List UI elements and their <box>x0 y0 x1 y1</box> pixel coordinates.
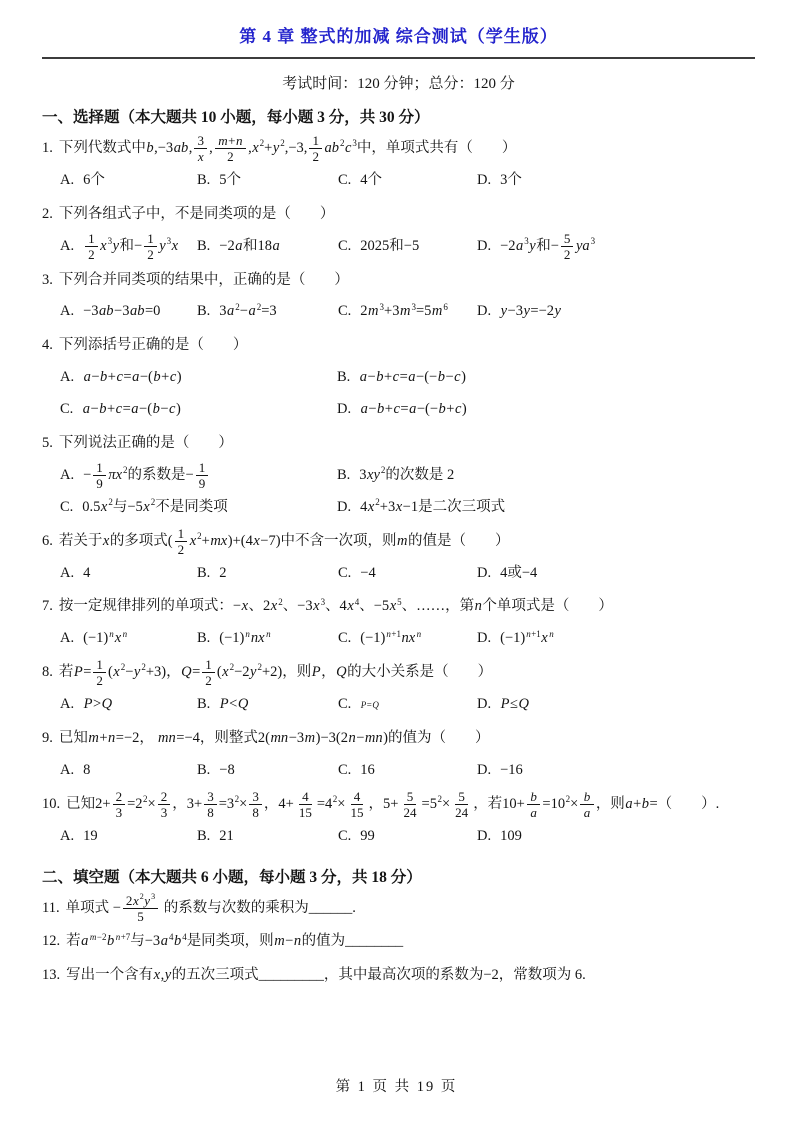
option-b: B.3a2−a2=3 <box>197 296 338 328</box>
option-b: B.21 <box>197 821 338 853</box>
option-label: C. <box>60 499 73 515</box>
question-stem: 8.若P=12(x2−y2+3)，Q=12(x2−2y2+2)，则P，Q的大小关… <box>42 657 755 689</box>
fraction: 52 <box>561 231 574 262</box>
fraction: 12 <box>85 231 98 262</box>
fraction: 12 <box>309 133 322 164</box>
question-stem: 13.写出一个含有x,y的五次三项式_________，其中最高次项的系数为−2… <box>42 960 755 992</box>
option-label: B. <box>197 762 210 778</box>
option-text: 5个 <box>219 172 241 188</box>
question-stem: 10.已知2+23=22×23，3+38=32×38，4+415=42×415，… <box>42 789 755 821</box>
fraction: 12 <box>175 526 188 557</box>
option-b: B.2 <box>197 558 338 590</box>
question-stem: 5.下列说法正确的是（ ） <box>42 428 755 460</box>
exam-body: 一、选择题（本大题共 10 小题，每小题 3 分，共 30 分）1.下列代数式中… <box>42 105 755 992</box>
fraction: 38 <box>204 789 217 820</box>
option-a: A.6个 <box>60 165 197 197</box>
fraction: 23 <box>113 789 126 820</box>
option-label: C. <box>338 630 351 646</box>
option-label: D. <box>477 303 491 319</box>
option-text: 4 <box>83 565 90 581</box>
option-d: D.−2a3y和−52ya3 <box>477 231 755 263</box>
option-b: B.5个 <box>197 165 338 197</box>
option-text: 19 <box>83 828 98 844</box>
option-label: B. <box>197 238 210 254</box>
option-text: 0.5x2与−5x2不是同类项 <box>82 499 227 515</box>
question-number: 13. <box>42 967 60 983</box>
option-text: 99 <box>360 828 375 844</box>
option-label: C. <box>60 401 73 417</box>
fraction: 524 <box>452 789 471 820</box>
option-label: B. <box>197 696 210 712</box>
question-stem: 6.若关于x的多项式(12x2+mx)+(4x−7)中不含一次项，则m的值是（ … <box>42 526 755 558</box>
option-text: 21 <box>219 828 234 844</box>
option-text: (−1)n+1nxn <box>360 630 421 646</box>
option-label: B. <box>197 565 210 581</box>
section-heading: 一、选择题（本大题共 10 小题，每小题 3 分，共 30 分） <box>42 105 755 127</box>
option-text: a−b+c=a−(−b−c) <box>359 369 466 385</box>
option-label: D. <box>337 499 351 515</box>
option-text: −16 <box>500 762 523 778</box>
options-row: A.a−b+c=a−(b+c)B.a−b+c=a−(−b−c)C.a−b+c=a… <box>60 362 755 426</box>
question-number: 4. <box>42 337 53 353</box>
option-label: A. <box>60 238 74 254</box>
option-label: C. <box>338 238 351 254</box>
option-label: B. <box>197 630 210 646</box>
option-text: −4 <box>360 565 375 581</box>
option-b: B.a−b+c=a−(−b−c) <box>337 362 755 394</box>
option-a: A.a−b+c=a−(b+c) <box>60 362 337 394</box>
option-label: B. <box>197 303 210 319</box>
option-text: 16 <box>360 762 375 778</box>
option-d: D.4x2+3x−1是二次三项式 <box>337 492 755 524</box>
option-label: C. <box>338 696 351 712</box>
fraction: ba <box>527 789 541 820</box>
fraction: 23 <box>158 789 171 820</box>
question-number: 3. <box>42 272 53 288</box>
question-1: 1.下列代数式中b,−3ab,3x,m+n2,x2+y2,−3,12ab2c3中… <box>42 133 755 197</box>
option-label: D. <box>477 696 491 712</box>
fraction: 12 <box>144 231 157 262</box>
option-text: (−1)nnxn <box>219 630 271 646</box>
option-d: D.4或−4 <box>477 558 755 590</box>
question-stem: 3.下列合并同类项的结果中，正确的是（ ） <box>42 265 755 297</box>
question-stem: 9.已知m+n=−2， mn=−4，则整式2(mn−3m)−3(2n−mn)的值… <box>42 723 755 755</box>
option-text: P≤Q <box>500 696 529 712</box>
option-text: −3ab−3ab=0 <box>83 303 160 319</box>
question-number: 7. <box>42 598 53 614</box>
option-c: C.2m3+3m3=5m6 <box>338 296 477 328</box>
option-label: A. <box>60 696 74 712</box>
options-row: A.19B.21C.99D.109 <box>60 821 755 853</box>
question-number: 9. <box>42 730 53 746</box>
option-text: 109 <box>500 828 522 844</box>
fraction: 19 <box>93 460 106 491</box>
option-text: a−b+c=a−(b−c) <box>82 401 180 417</box>
question-number: 2. <box>42 206 53 222</box>
option-label: B. <box>197 172 210 188</box>
question-12: 12.若am−2bn+7与−3a4b4是同类项，则m−n的值为________ <box>42 926 755 958</box>
option-c: C.a−b+c=a−(b−c) <box>60 394 337 426</box>
option-text: 2025和−5 <box>360 238 419 254</box>
option-text: 3a2−a2=3 <box>219 303 276 319</box>
fraction: 12 <box>202 657 215 688</box>
fraction: ba <box>580 789 594 820</box>
fraction: 12 <box>93 657 106 688</box>
option-label: C. <box>338 172 351 188</box>
question-6: 6.若关于x的多项式(12x2+mx)+(4x−7)中不含一次项，则m的值是（ … <box>42 526 755 590</box>
question-stem: 7.按一定规律排列的单项式：−x、2x2、−3x3、4x4、−5x5、……，第n… <box>42 591 755 623</box>
option-c: C.P=Q <box>338 689 477 721</box>
option-label: A. <box>60 172 74 188</box>
question-number: 11. <box>42 900 60 916</box>
option-label: B. <box>337 369 350 385</box>
option-c: C.(−1)n+1nxn <box>338 623 477 655</box>
options-row: A.8B.−8C.16D.−16 <box>60 755 755 787</box>
option-a: A.−3ab−3ab=0 <box>60 296 197 328</box>
option-label: A. <box>60 303 74 319</box>
option-label: C. <box>338 828 351 844</box>
option-b: B.−8 <box>197 755 338 787</box>
option-label: A. <box>60 467 74 483</box>
question-5: 5.下列说法正确的是（ ）A.−19πx2的系数是−19B.3xy2的次数是 2… <box>42 428 755 524</box>
option-text: −19πx2的系数是−19 <box>83 467 210 483</box>
option-b: B.P<Q <box>197 689 338 721</box>
question-number: 10. <box>42 796 60 812</box>
option-text: −8 <box>219 762 234 778</box>
option-text: 4或−4 <box>500 565 537 581</box>
question-3: 3.下列合并同类项的结果中，正确的是（ ）A.−3ab−3ab=0B.3a2−a… <box>42 265 755 329</box>
option-b: B.(−1)nnxn <box>197 623 338 655</box>
option-a: A.8 <box>60 755 197 787</box>
option-text: 4个 <box>360 172 382 188</box>
option-d: D.3个 <box>477 165 755 197</box>
option-b: B.−2a和18a <box>197 231 338 263</box>
option-text: 8 <box>83 762 90 778</box>
option-label: C. <box>338 762 351 778</box>
option-text: 2 <box>219 565 226 581</box>
fraction: 2x2y35 <box>123 893 158 924</box>
option-text: 4x2+3x−1是二次三项式 <box>360 499 505 515</box>
option-label: D. <box>477 630 491 646</box>
option-label: D. <box>477 565 491 581</box>
option-label: A. <box>60 630 74 646</box>
options-row: A.(−1)nxnB.(−1)nnxnC.(−1)n+1nxnD.(−1)n+1… <box>60 623 755 655</box>
option-label: A. <box>60 828 74 844</box>
question-stem: 2.下列各组式子中，不是同类项的是（ ） <box>42 199 755 231</box>
option-text: 12x3y和−12y3x <box>83 238 179 254</box>
option-d: D.a−b+c=a−(−b+c) <box>337 394 755 426</box>
option-label: A. <box>60 565 74 581</box>
option-c: C.0.5x2与−5x2不是同类项 <box>60 492 337 524</box>
option-a: A.(−1)nxn <box>60 623 197 655</box>
fraction: 415 <box>347 789 366 820</box>
question-number: 12. <box>42 933 60 949</box>
option-label: D. <box>337 401 351 417</box>
options-row: A.4B.2C.−4D.4或−4 <box>60 558 755 590</box>
fraction: 524 <box>400 789 419 820</box>
title-divider <box>42 57 755 59</box>
question-number: 1. <box>42 140 53 156</box>
fraction: 38 <box>249 789 262 820</box>
option-a: A.19 <box>60 821 197 853</box>
question-13: 13.写出一个含有x,y的五次三项式_________，其中最高次项的系数为−2… <box>42 960 755 992</box>
option-text: P<Q <box>219 696 249 712</box>
option-c: C.99 <box>338 821 477 853</box>
question-stem: 11.单项式 −2x2y35 的系数与次数的乘积为______. <box>42 893 755 925</box>
option-a: A.P>Q <box>60 689 197 721</box>
option-text: −2a3y和−52ya3 <box>500 238 595 254</box>
options-row: A.12x3y和−12y3xB.−2a和18aC.2025和−5D.−2a3y和… <box>60 231 755 263</box>
option-c: C.4个 <box>338 165 477 197</box>
option-c: C.2025和−5 <box>338 231 477 263</box>
option-label: C. <box>338 565 351 581</box>
option-label: D. <box>477 172 491 188</box>
option-label: D. <box>477 762 491 778</box>
option-label: D. <box>477 238 491 254</box>
option-d: D.(−1)n+1xn <box>477 623 755 655</box>
options-row: A.−19πx2的系数是−19B.3xy2的次数是 2C.0.5x2与−5x2不… <box>60 460 755 524</box>
option-text: a−b+c=a−(b+c) <box>83 369 181 385</box>
option-c: C.16 <box>338 755 477 787</box>
fraction: 3x <box>194 133 207 164</box>
option-text: P=Q <box>360 700 379 710</box>
option-d: D.−16 <box>477 755 755 787</box>
option-text: a−b+c=a−(−b+c) <box>360 401 467 417</box>
question-8: 8.若P=12(x2−y2+3)，Q=12(x2−2y2+2)，则P，Q的大小关… <box>42 657 755 721</box>
section-heading: 二、填空题（本大题共 6 小题，每小题 3 分，共 18 分） <box>42 865 755 887</box>
question-9: 9.已知m+n=−2， mn=−4，则整式2(mn−3m)−3(2n−mn)的值… <box>42 723 755 787</box>
question-number: 6. <box>42 533 53 549</box>
page-title: 第 4 章 整式的加减 综合测试（学生版） <box>42 22 755 47</box>
option-label: B. <box>197 828 210 844</box>
option-text: 3个 <box>500 172 522 188</box>
question-stem: 12.若am−2bn+7与−3a4b4是同类项，则m−n的值为________ <box>42 926 755 958</box>
fraction: m+n2 <box>215 133 246 164</box>
option-text: (−1)nxn <box>83 630 128 646</box>
question-stem: 1.下列代数式中b,−3ab,3x,m+n2,x2+y2,−3,12ab2c3中… <box>42 133 755 165</box>
option-text: 3xy2的次数是 2 <box>359 467 454 483</box>
page-footer: 第 1 页 共 19 页 <box>0 1075 793 1096</box>
option-text: (−1)n+1xn <box>500 630 554 646</box>
option-text: P>Q <box>83 696 113 712</box>
option-d: D.109 <box>477 821 755 853</box>
question-2: 2.下列各组式子中，不是同类项的是（ ）A.12x3y和−12y3xB.−2a和… <box>42 199 755 263</box>
question-stem: 4.下列添括号正确的是（ ） <box>42 330 755 362</box>
option-text: 6个 <box>83 172 105 188</box>
question-10: 10.已知2+23=22×23，3+38=32×38，4+415=42×415，… <box>42 789 755 853</box>
option-label: A. <box>60 369 74 385</box>
question-number: 5. <box>42 435 53 451</box>
options-row: A.P>QB.P<QC.P=QD.P≤Q <box>60 689 755 721</box>
question-7: 7.按一定规律排列的单项式：−x、2x2、−3x3、4x4、−5x5、……，第n… <box>42 591 755 655</box>
exam-info: 考试时间：120 分钟；总分：120 分 <box>42 72 755 93</box>
exam-page: 第 4 章 整式的加减 综合测试（学生版） 考试时间：120 分钟；总分：120… <box>0 0 793 1122</box>
options-row: A.−3ab−3ab=0B.3a2−a2=3C.2m3+3m3=5m6D.y−3… <box>60 296 755 328</box>
option-a: A.12x3y和−12y3x <box>60 231 197 263</box>
option-d: D.P≤Q <box>477 689 755 721</box>
fraction: 415 <box>296 789 315 820</box>
option-a: A.−19πx2的系数是−19 <box>60 460 337 492</box>
option-a: A.4 <box>60 558 197 590</box>
option-c: C.−4 <box>338 558 477 590</box>
option-text: 2m3+3m3=5m6 <box>360 303 448 319</box>
question-number: 8. <box>42 664 53 680</box>
option-text: −2a和18a <box>219 238 280 254</box>
option-label: B. <box>337 467 350 483</box>
options-row: A.6个B.5个C.4个D.3个 <box>60 165 755 197</box>
option-d: D.y−3y=−2y <box>477 296 755 328</box>
fraction: 19 <box>196 460 209 491</box>
option-text: y−3y=−2y <box>500 303 561 319</box>
option-label: A. <box>60 762 74 778</box>
option-b: B.3xy2的次数是 2 <box>337 460 755 492</box>
option-label: D. <box>477 828 491 844</box>
option-label: C. <box>338 303 351 319</box>
question-4: 4.下列添括号正确的是（ ）A.a−b+c=a−(b+c)B.a−b+c=a−(… <box>42 330 755 426</box>
question-11: 11.单项式 −2x2y35 的系数与次数的乘积为______. <box>42 893 755 925</box>
